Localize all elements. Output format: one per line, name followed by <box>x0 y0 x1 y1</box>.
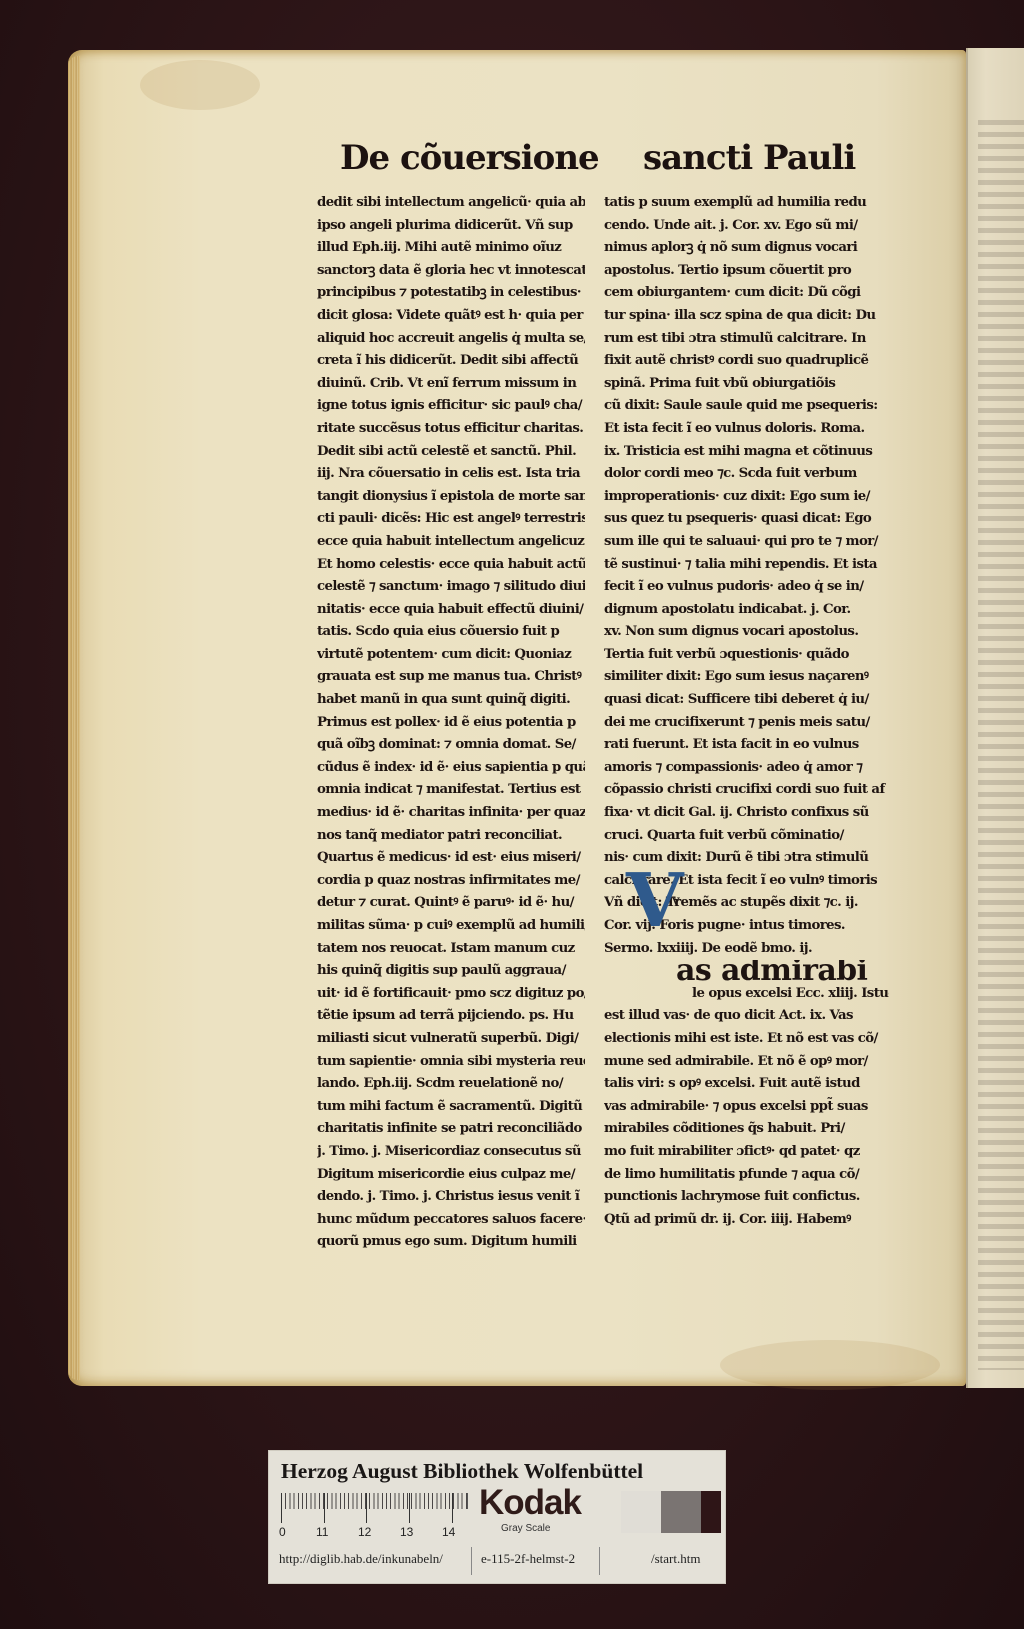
running-head-right: sancti Pauli <box>643 138 855 178</box>
text-line: nos tanq̃ mediator patri reconciliat. <box>317 825 585 848</box>
text-line: fixa· vt dicit Gal. ij. Christo confixus… <box>604 802 889 825</box>
text-line: creta ĩ his didicerũt. Dedit sibi affect… <box>317 350 585 373</box>
text-column-left: dedit sibi intellectum angelicũ· quia ab… <box>317 192 585 1254</box>
divider <box>599 1547 600 1575</box>
running-head-left: De cõuersione <box>340 138 599 178</box>
text-line: habet manũ in qua sunt quinq̃ digiti. <box>317 689 585 712</box>
text-line: j. Timo. j. Misericordiaz consecutus sũ <box>317 1141 585 1164</box>
text-line: quorũ pmus ego sum. Digitum humili <box>317 1231 585 1254</box>
text-line: mune sed admirabile. Et nõ ẽ opꝰ mor/ <box>604 1051 889 1074</box>
text-line: dignum apostolatu indicabat. j. Cor. <box>604 599 889 622</box>
ruler-tick <box>452 1493 453 1523</box>
text-line: cti pauli· dicẽs: Hic est angelꝰ terrest… <box>317 508 585 531</box>
text-line: fecit ĩ eo vulnus pudoris· adeo q̇ se in… <box>604 576 889 599</box>
text-line: tum sapientie· omnia sibi mysteria reue/ <box>317 1051 585 1074</box>
paper-stain <box>720 1340 940 1390</box>
text-line: tatis. Scdo quia eius cõuersio fuit p <box>317 621 585 644</box>
text-line: fixit autẽ christꝰ cordi suo quadruplicẽ <box>604 350 889 373</box>
text-line: cruci. Quarta fuit verbũ cõminatio/ <box>604 825 889 848</box>
text-column-right: tatis p suum exemplũ ad humilia reducend… <box>604 192 889 1231</box>
text-line: Et homo celestis· ecce quia habuit actũ <box>317 554 585 577</box>
text-line: dicit glosa: Videte quãtꝰ est h· quia pe… <box>317 305 585 328</box>
text-line: Tertia fuit verbũ ɔquestionis· quãdo <box>604 644 889 667</box>
gray-scale-label: Gray Scale <box>501 1523 550 1534</box>
ruler-number: 12 <box>358 1525 371 1539</box>
paper-stain <box>140 60 260 110</box>
text-line: quasi dicat: Sufficere tibi deberet q̇ i… <box>604 689 889 712</box>
text-line: grauata est sup me manus tua. Christꝰ <box>317 666 585 689</box>
text-line: mirabiles cõditiones q̃s habuit. Pri/ <box>604 1118 889 1141</box>
text-line: tatis p suum exemplũ ad humilia redu <box>604 192 889 215</box>
text-line: xv. Non sum dignus vocari apostolus. <box>604 621 889 644</box>
text-line: iij. Nra cõuersatio in celis est. Ista t… <box>317 463 585 486</box>
text-line: punctionis lachrymose fuit confictus. <box>604 1186 889 1209</box>
text-line: improperationis· cuz dixit: Ego sum ie/ <box>604 486 889 509</box>
text-line: cendo. Unde ait. j. Cor. xv. Ego sũ mi/ <box>604 215 889 238</box>
text-line: omnia indicat ⁊ manifestat. Tertius est <box>317 779 585 802</box>
text-line: medius· id ẽ· charitas infinita· per qua… <box>317 802 585 825</box>
text-line: le opus excelsi Ecc. xliij. Istud <box>604 983 889 1006</box>
text-line: dei me crucifixerunt ⁊ penis meis satu/ <box>604 712 889 735</box>
text-line: dedit sibi intellectum angelicũ· quia ab <box>317 192 585 215</box>
url-id: e-115-2f-helmst-2 <box>481 1551 575 1567</box>
gray-swatch-mid <box>661 1491 701 1533</box>
measurement-ruler <box>281 1493 468 1523</box>
text-line: detur ⁊ curat. Quintꝰ ẽ paruꝰ· id ẽ· hu/ <box>317 892 585 915</box>
ruler-tick <box>281 1493 282 1523</box>
ruler-tick <box>366 1493 367 1523</box>
gray-swatch-dark <box>701 1491 721 1533</box>
text-line: ecce quia habuit intellectum angelicuz. <box>317 531 585 554</box>
facing-page-text-bleed <box>978 120 1024 1370</box>
text-line: tatem nos reuocat. Istam manum cuz <box>317 938 585 961</box>
text-line: apostolus. Tertio ipsum cõuertit pro <box>604 260 889 283</box>
text-line: celestẽ ⁊ sanctum· imago ⁊ silitudo diui <box>317 576 585 599</box>
text-line: tur spina· illa scz spina de qua dicit: … <box>604 305 889 328</box>
text-line: his quinq̃ digitis sup paulũ aggraua/ <box>317 960 585 983</box>
text-line: charitatis infinite se patri reconciliãd… <box>317 1118 585 1141</box>
text-line: nitatis· ecce quia habuit effectũ diuini… <box>317 599 585 622</box>
text-line: Et ista fecit ĩ eo vulnus doloris. Roma. <box>604 418 889 441</box>
text-line: ipso angeli plurima didicerũt. Vñ sup <box>317 215 585 238</box>
page-edges <box>68 56 80 1380</box>
text-line: tangit dionysius ĩ epistola de morte san <box>317 486 585 509</box>
text-line: cũdus ẽ index· id ẽ· eius sapientia p qu… <box>317 757 585 780</box>
guide-letter: v <box>672 893 680 909</box>
text-line: militas sũma· p cuiꝰ exemplũ ad humili/ <box>317 915 585 938</box>
url-prefix: http://diglib.hab.de/inkunabeln/ <box>279 1551 443 1567</box>
divider <box>471 1547 472 1575</box>
ruler-number: 13 <box>400 1525 413 1539</box>
text-line: Quartus ẽ medicus· id est· eius miseri/ <box>317 847 585 870</box>
kodak-logo: Kodak <box>479 1483 581 1523</box>
text-line: rum est tibi ɔtra stimulũ calcitrare. In <box>604 328 889 351</box>
library-label-card: Herzog August Bibliothek Wolfenbüttel 0 … <box>268 1450 726 1584</box>
text-line: Digitum misericordie eius culpaz me/ <box>317 1164 585 1187</box>
text-line: tẽ sustinui· ⁊ talia mihi rependis. Et i… <box>604 554 889 577</box>
decorated-initial-letter: V <box>626 868 694 934</box>
text-line: miliasti sicut vulneratũ superbũ. Digi/ <box>317 1028 585 1051</box>
text-line: sum ille qui te saluaui· qui pro te ⁊ mo… <box>604 531 889 554</box>
text-line: diuinũ. Crib. Vt enĩ ferrum missum in <box>317 373 585 396</box>
text-line: igne totus ignis efficitur· sic paulꝰ ch… <box>317 395 585 418</box>
text-line: electionis mihi est iste. Et nõ est vas … <box>604 1028 889 1051</box>
text-line: ritate succẽsus totus efficitur charitas… <box>317 418 585 441</box>
text-line: spinã. Prima fuit vbũ obiurgatiõis <box>604 373 889 396</box>
ruler-tick <box>324 1493 325 1523</box>
library-name: Herzog August Bibliothek Wolfenbüttel <box>281 1459 643 1484</box>
text-line: cordia p quaz nostras infirmitates me/ <box>317 870 585 893</box>
text-line: tẽtie ipsum ad terrã pijciendo. ps. Hu <box>317 1005 585 1028</box>
text-line: similiter dixit: Ego sum iesus naçarenꝰ <box>604 666 889 689</box>
ruler-tick <box>409 1493 410 1523</box>
text-line: nimus aplorꝫ q̇ nõ sum dignus vocari <box>604 237 889 260</box>
text-line: cũ dixit: Saule saule quid me psequeris: <box>604 395 889 418</box>
gray-swatch-light <box>621 1491 661 1533</box>
ruler-number: 14 <box>442 1525 455 1539</box>
ruler-number: 11 <box>316 1525 328 1539</box>
text-line: Primus est pollex· id ẽ eius potentia p <box>317 712 585 735</box>
text-line: mo fuit mirabiliter ɔfictꝰ· qd patet· qz <box>604 1141 889 1164</box>
text-line: sanctorꝫ data ẽ gloria hec vt innotescat <box>317 260 585 283</box>
text-line: dolor cordi meo ⁊c. Scda fuit verbum <box>604 463 889 486</box>
text-line: Dedit sibi actũ celestẽ et sanctũ. Phil. <box>317 441 585 464</box>
text-line: Qtũ ad primũ dr. ij. Cor. iiij. Habemꝰ <box>604 1209 889 1232</box>
text-line: cem obiurgantem· cum dicit: Dũ cõgi <box>604 282 889 305</box>
text-line: illud Eph.iij. Mihi autẽ minimo oĩuz <box>317 237 585 260</box>
text-line: est illud vas· de quo dicit Act. ix. Vas <box>604 1005 889 1028</box>
text-line: quã oĩbꝫ dominat: ⁊ omnia domat. Se/ <box>317 734 585 757</box>
text-line: principibus ⁊ potestatibꝫ in celestibus· <box>317 282 585 305</box>
text-line: hunc mũdum peccatores saluos facere· <box>317 1209 585 1232</box>
text-line: sus quez tu psequeris· quasi dicat: Ego <box>604 508 889 531</box>
text-line: virtutẽ potentem· cum dicit: Quoniaz <box>317 644 585 667</box>
text-line: rati fuerunt. Et ista facit in eo vulnus <box>604 734 889 757</box>
text-line: lando. Eph.iij. Scdm reuelationẽ no/ <box>317 1073 585 1096</box>
text-line: de limo humilitatis pfunde ⁊ aqua cõ/ <box>604 1164 889 1187</box>
text-line: ix. Tristicia est mihi magna et cõtinuus <box>604 441 889 464</box>
text-line: amoris ⁊ compassionis· adeo q̇ amor ⁊ <box>604 757 889 780</box>
text-line: aliquid hoc accreuit angelis q̇ multa se… <box>317 328 585 351</box>
text-line: vas admirabile· ⁊ opus excelsi ppt̃ suas <box>604 1096 889 1119</box>
ruler-number: 0 <box>279 1525 286 1539</box>
url-suffix: /start.htm <box>651 1551 700 1567</box>
text-line: uit· id ẽ fortificauit· pmo scz digituz … <box>317 983 585 1006</box>
text-line: tum mihi factum ẽ sacramentũ. Digitũ <box>317 1096 585 1119</box>
text-line: dendo. j. Timo. j. Christus iesus venit … <box>317 1186 585 1209</box>
text-line: talis viri: s opꝰ excelsi. Fuit autẽ ist… <box>604 1073 889 1096</box>
sermon-display-word: as admirabi <box>604 960 889 983</box>
text-line: cõpassio christi crucifixi cordi suo fui… <box>604 779 889 802</box>
